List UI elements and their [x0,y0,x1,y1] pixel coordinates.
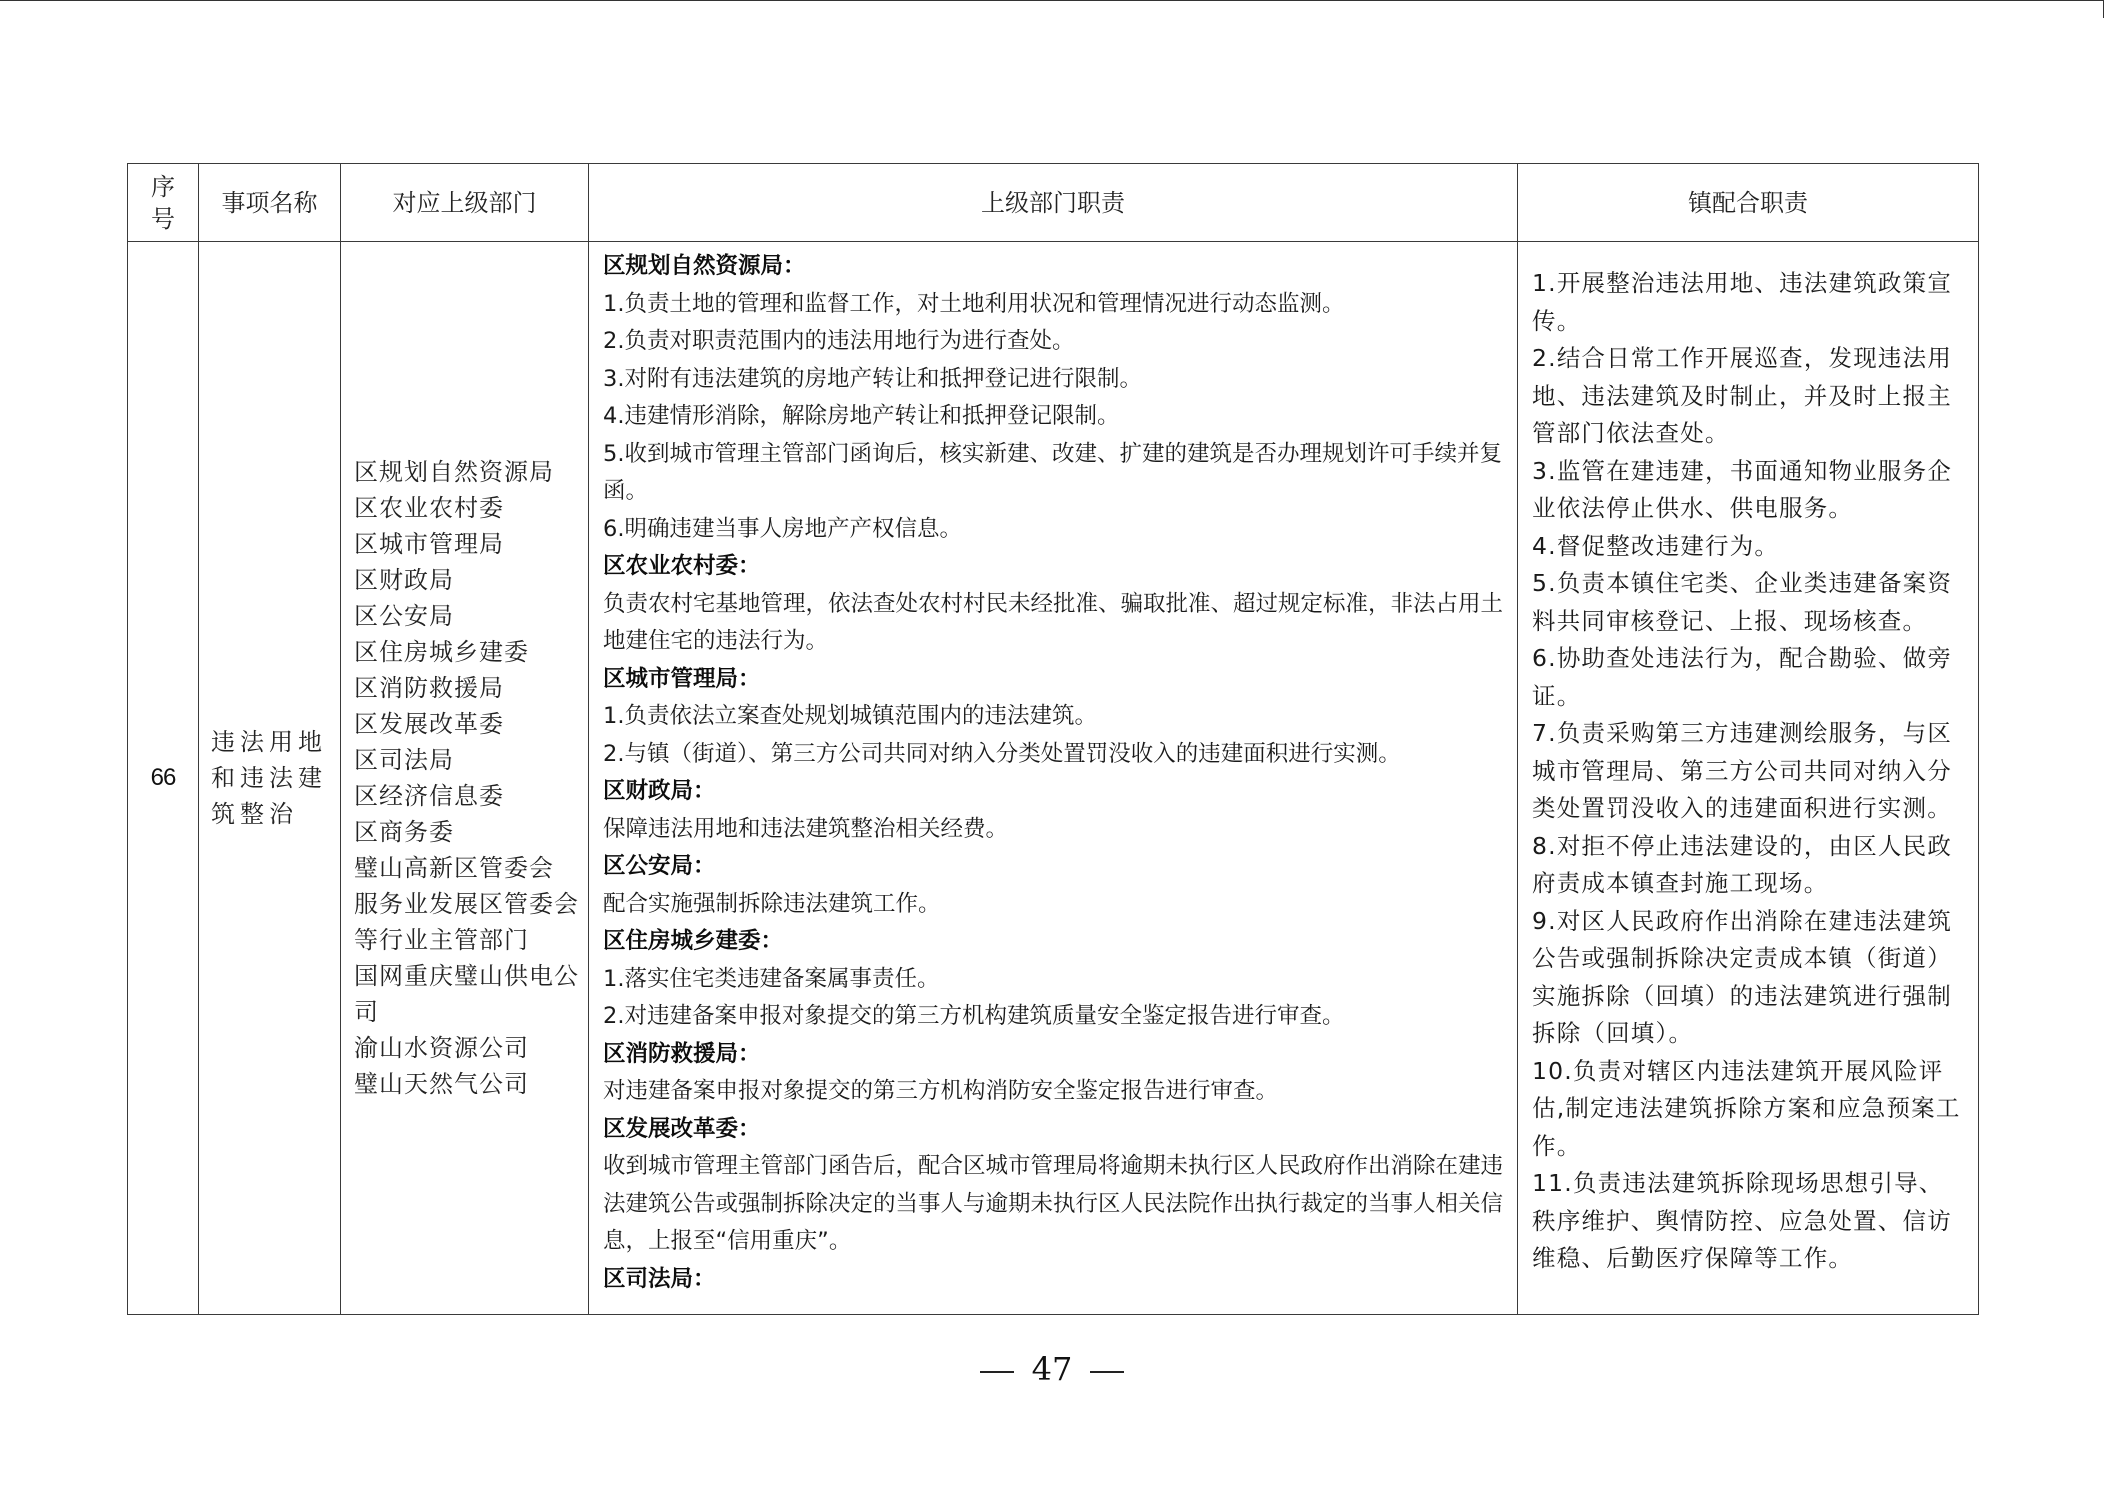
town-duty-item: 8.对拒不停止违法建设的，由区人民政府责成本镇查封施工现场。 [1532,828,1966,903]
duty-item: 2.负责对职责范围内的违法用地行为进行查处。 [603,323,1507,361]
page-footer: 47 [0,1350,2104,1388]
department-item: 区经济信息委 [354,778,588,814]
row-town-duties: 1.开展整治违法用地、违法建筑政策宣传。2.结合日常工作开展巡查，发现违法用地、… [1518,242,1979,1315]
duty-item: 配合实施强制拆除违法建筑工作。 [603,886,1507,924]
duty-block-title: 区公安局： [603,848,1507,886]
department-item: 璧山高新区管委会 [354,850,588,886]
duty-item: 5.收到城市管理主管部门函询后，核实新建、改建、扩建的建筑是否办理规划许可手续并… [603,436,1507,511]
header-seq-line1: 序 [151,173,175,201]
department-list: 区规划自然资源局区农业农村委区城市管理局区财政局区公安局区住房城乡建委区消防救援… [354,454,588,1102]
row-seq-number: 66 [128,242,199,1315]
row-superior-duties: 区规划自然资源局：1.负责土地的管理和监督工作，对土地利用状况和管理情况进行动态… [589,242,1518,1315]
row-departments: 区规划自然资源局区农业农村委区城市管理局区财政局区公安局区住房城乡建委区消防救援… [341,242,589,1315]
department-item: 区财政局 [354,562,588,598]
duty-item: 负责农村宅基地管理，依法查处农村村民未经批准、骗取批准、超过规定标准，非法占用土… [603,586,1507,661]
town-duty-item: 11.负责违法建筑拆除现场思想引导、秩序维护、舆情防控、应急处置、信访维稳、后勤… [1532,1165,1966,1278]
duty-item: 2.与镇（街道）、第三方公司共同对纳入分类处置罚没收入的违建面积进行实测。 [603,736,1507,774]
table-header-row: 序 号 事项名称 对应上级部门 上级部门职责 镇配合职责 [128,164,1979,242]
department-item: 区司法局 [354,742,588,778]
town-duty-item: 2.结合日常工作开展巡查，发现违法用地、违法建筑及时制止，并及时上报主管部门依法… [1532,340,1966,453]
town-duty-item: 7.负责采购第三方违建测绘服务，与区城市管理局、第三方公司共同对纳入分类处置罚没… [1532,715,1966,828]
department-item: 渝山水资源公司 [354,1030,588,1066]
header-superior-duties: 上级部门职责 [589,164,1518,242]
department-item: 区公安局 [354,598,588,634]
page-number-dash-right [1090,1371,1124,1373]
page-number-dash-left [980,1371,1014,1373]
duty-block-title: 区农业农村委： [603,548,1507,586]
header-seq-line2: 号 [151,205,175,233]
duty-block-title: 区规划自然资源局： [603,248,1507,286]
header-seq: 序 号 [128,164,199,242]
header-town-duties: 镇配合职责 [1518,164,1979,242]
town-duty-item: 6.协助查处违法行为，配合勘验、做旁证。 [1532,640,1966,715]
department-item: 区农业农村委 [354,490,588,526]
town-duty-list: 1.开展整治违法用地、违法建筑政策宣传。2.结合日常工作开展巡查，发现违法用地、… [1532,265,1966,1278]
responsibility-table: 序 号 事项名称 对应上级部门 上级部门职责 镇配合职责 66 违法用地和违法建… [127,163,1979,1315]
department-item: 璧山天然气公司 [354,1066,588,1102]
header-item-name: 事项名称 [199,164,341,242]
page-number: 47 [1032,1350,1073,1388]
department-item: 区消防救援局 [354,670,588,706]
duty-block-list: 区规划自然资源局：1.负责土地的管理和监督工作，对土地利用状况和管理情况进行动态… [603,248,1507,1298]
duty-item: 1.负责依法立案查处规划城镇范围内的违法建筑。 [603,698,1507,736]
duty-block-title: 区城市管理局： [603,661,1507,699]
department-item: 服务业发展区管委会等行业主管部门 [354,886,588,958]
duty-item: 保障违法用地和违法建筑整治相关经费。 [603,811,1507,849]
row-item-name: 违法用地和违法建筑整治 [199,242,341,1315]
town-duty-item: 4.督促整改违建行为。 [1532,528,1966,566]
town-duty-item: 3.监管在建违建，书面通知物业服务企业依法停止供水、供电服务。 [1532,453,1966,528]
header-superior-department: 对应上级部门 [341,164,589,242]
town-duty-item: 9.对区人民政府作出消除在建违法建筑公告或强制拆除决定责成本镇（街道）实施拆除（… [1532,903,1966,1053]
page-top-edge [0,0,2104,1]
town-duty-item: 1.开展整治违法用地、违法建筑政策宣传。 [1532,265,1966,340]
duty-item: 4.违建情形消除，解除房地产转让和抵押登记限制。 [603,398,1507,436]
department-item: 区规划自然资源局 [354,454,588,490]
town-duty-item: 10.负责对辖区内违法建筑开展风险评估,制定违法建筑拆除方案和应急预案工作。 [1532,1053,1966,1166]
duty-block-title: 区发展改革委： [603,1111,1507,1149]
duty-item: 对违建备案申报对象提交的第三方机构消防安全鉴定报告进行审查。 [603,1073,1507,1111]
duty-item: 6.明确违建当事人房地产产权信息。 [603,511,1507,549]
duty-block-title: 区财政局： [603,773,1507,811]
department-item: 区城市管理局 [354,526,588,562]
department-item: 区发展改革委 [354,706,588,742]
duty-item: 收到城市管理主管部门函告后，配合区城市管理局将逾期未执行区人民政府作出消除在建违… [603,1148,1507,1261]
department-item: 区住房城乡建委 [354,634,588,670]
duty-item: 1.落实住宅类违建备案属事责任。 [603,961,1507,999]
duty-block-title: 区住房城乡建委： [603,923,1507,961]
duty-block-title: 区消防救援局： [603,1036,1507,1074]
table-row: 66 违法用地和违法建筑整治 区规划自然资源局区农业农村委区城市管理局区财政局区… [128,242,1979,1315]
department-item: 区商务委 [354,814,588,850]
department-item: 国网重庆璧山供电公司 [354,958,588,1030]
duty-item: 1.负责土地的管理和监督工作，对土地利用状况和管理情况进行动态监测。 [603,286,1507,324]
duty-item: 2.对违建备案申报对象提交的第三方机构建筑质量安全鉴定报告进行审查。 [603,998,1507,1036]
town-duty-item: 5.负责本镇住宅类、企业类违建备案资料共同审核登记、上报、现场核查。 [1532,565,1966,640]
duty-block-title: 区司法局： [603,1261,1507,1299]
duty-item: 3.对附有违法建筑的房地产转让和抵押登记进行限制。 [603,361,1507,399]
